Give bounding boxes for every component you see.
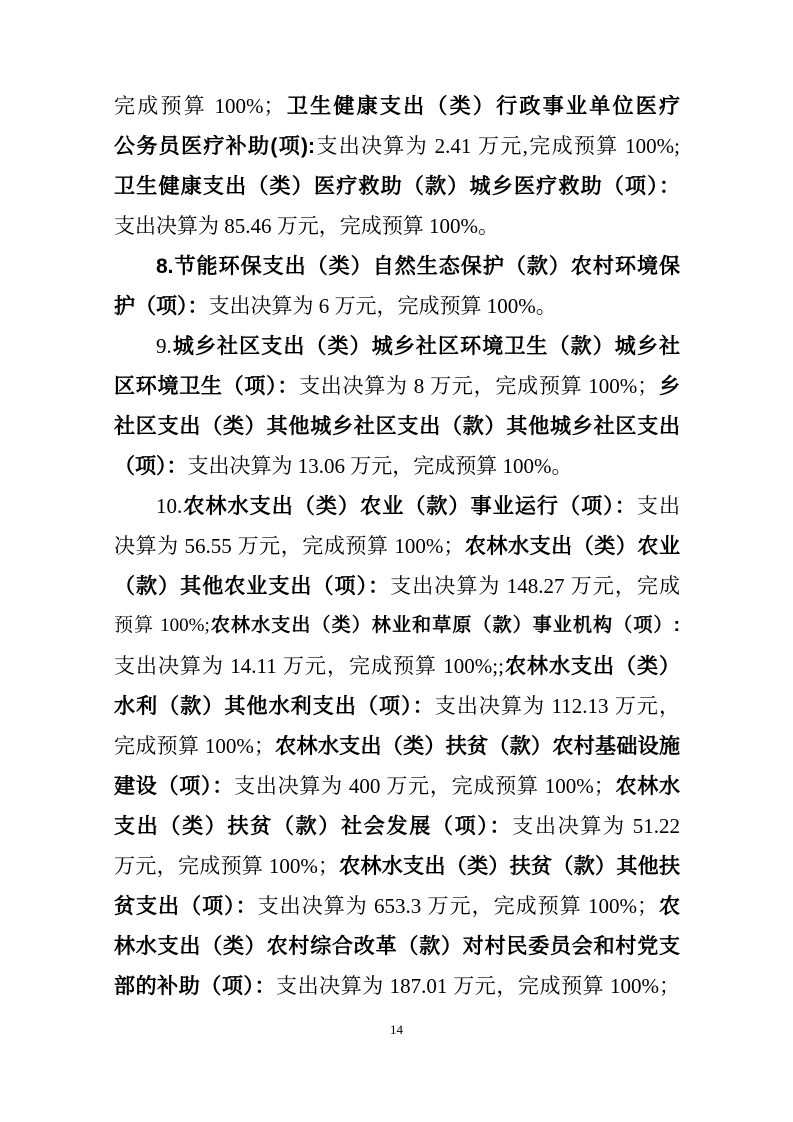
bold-text-segment: 农 bbox=[658, 895, 680, 918]
regular-text-segment: 完成预算 100%； bbox=[114, 734, 275, 758]
bold-text-segment: （款）其他农业支出（项）： bbox=[114, 575, 390, 598]
text-line-14: 预算 100%;农林水支出（类）林业和草原（款）事业机构（项）: bbox=[114, 606, 680, 646]
text-line-7: 9.城乡社区支出（类）城乡社区环境卫生（款）城乡社 bbox=[114, 326, 680, 366]
text-line-15: 支出决算为 14.11 万元，完成预算 100%;;农林水支出（类） bbox=[114, 646, 680, 686]
text-line-9: 社区支出（类）其他城乡社区支出（款）其他城乡社区支出 bbox=[114, 406, 680, 446]
bold-text-segment: 8.节能环保支出（类）自然生态保护（款）农村环境保 bbox=[156, 255, 680, 278]
text-line-6: 护（项）：支出决算为 6 万元，完成预算 100%。 bbox=[114, 286, 680, 326]
regular-text-segment: 10. bbox=[156, 494, 182, 518]
regular-text-segment: 支出决算为 187.01 万元，完成预算 100%； bbox=[276, 974, 680, 998]
bold-text-segment: 贫支出（项）： bbox=[114, 895, 258, 918]
text-line-23: 部的补助（项）：支出决算为 187.01 万元，完成预算 100%； bbox=[114, 966, 680, 1006]
text-line-3: 卫生健康支出（类）医疗救助（款）城乡医疗救助（项）： bbox=[114, 166, 680, 206]
bold-text-segment: 农林水支出（类）扶贫（款）其他扶 bbox=[339, 855, 680, 878]
regular-text-segment: 支出决算为 13.06 万元，完成预算 100%。 bbox=[188, 454, 573, 478]
bold-text-segment: 农林水支出（类）扶贫（款）农村基础设施 bbox=[275, 735, 680, 758]
bold-text-segment: 林水支出（类）农村综合改革（款）对村民委员会和村党支 bbox=[114, 935, 680, 958]
text-line-18: 建设（项）：支出决算为 400 万元，完成预算 100%；农林水 bbox=[114, 766, 680, 806]
regular-text-segment: 支出决算为 112.13 万元， bbox=[435, 694, 680, 718]
regular-text-segment: 支出决算为 51.22 bbox=[512, 814, 680, 838]
bold-text-segment: 乡 bbox=[658, 375, 680, 398]
regular-text-segment: 支出 bbox=[637, 494, 680, 518]
regular-text-segment: 预算 100%; bbox=[114, 615, 210, 636]
page-number: 14 bbox=[0, 1022, 793, 1038]
regular-text-segment: 支出决算为 653.3 万元，完成预算 100%； bbox=[258, 894, 658, 918]
bold-text-segment: 区环境卫生（项）： bbox=[114, 375, 299, 398]
regular-text-segment: 万元，完成预算 100%； bbox=[114, 854, 339, 878]
bold-text-segment: 护（项）： bbox=[114, 295, 209, 318]
bold-text-segment: 社区支出（类）其他城乡社区支出（款）其他城乡社区支出 bbox=[114, 415, 680, 438]
bold-text-segment: 农林水支出（类）农业（款）事业运行（项）： bbox=[182, 495, 637, 518]
regular-text-segment: 支出决算为 8 万元，完成预算 100%； bbox=[299, 374, 658, 398]
text-line-2: 公务员医疗补助(项):支出决算为 2.41 万元,完成预算 100%; bbox=[114, 126, 680, 166]
regular-text-segment: 支出决算为 400 万元，完成预算 100%； bbox=[234, 774, 615, 798]
regular-text-segment: 9. bbox=[156, 334, 172, 358]
text-line-16: 水利（款）其他水利支出（项）：支出决算为 112.13 万元， bbox=[114, 686, 680, 726]
bold-text-segment: 建设（项）： bbox=[114, 775, 234, 798]
bold-text-segment: 部的补助（项）： bbox=[114, 975, 276, 998]
text-line-10: （项）：支出决算为 13.06 万元，完成预算 100%。 bbox=[114, 446, 680, 486]
text-line-4: 支出决算为 85.46 万元，完成预算 100%。 bbox=[114, 206, 680, 246]
text-line-19: 支出（类）扶贫（款）社会发展（项）：支出决算为 51.22 bbox=[114, 806, 680, 846]
text-line-21: 贫支出（项）：支出决算为 653.3 万元，完成预算 100%；农 bbox=[114, 886, 680, 926]
bold-text-segment: 农林水 bbox=[615, 775, 680, 798]
regular-text-segment: 支出决算为 6 万元，完成预算 100%。 bbox=[209, 294, 557, 318]
bold-text-segment: 农林水支出（类）林业和草原（款）事业机构（项）: bbox=[210, 615, 680, 636]
text-line-17: 完成预算 100%；农林水支出（类）扶贫（款）农村基础设施 bbox=[114, 726, 680, 766]
text-line-22: 林水支出（类）农村综合改革（款）对村民委员会和村党支 bbox=[114, 926, 680, 966]
text-line-5: 8.节能环保支出（类）自然生态保护（款）农村环境保 bbox=[114, 246, 680, 286]
bold-text-segment: 公务员医疗补助(项): bbox=[114, 135, 315, 158]
text-line-13: （款）其他农业支出（项）：支出决算为 148.27 万元，完成 bbox=[114, 566, 680, 606]
text-line-12: 决算为 56.55 万元，完成预算 100%；农林水支出（类）农业 bbox=[114, 526, 680, 566]
text-line-11: 10.农林水支出（类）农业（款）事业运行（项）：支出 bbox=[114, 486, 680, 526]
text-line-1: 完成预算 100%；卫生健康支出（类）行政事业单位医疗（款） bbox=[114, 86, 680, 126]
regular-text-segment: 支出决算为 14.11 万元，完成预算 100%;; bbox=[114, 654, 504, 678]
body-text: 完成预算 100%；卫生健康支出（类）行政事业单位医疗（款）公务员医疗补助(项)… bbox=[114, 86, 680, 1006]
text-line-20: 万元，完成预算 100%；农林水支出（类）扶贫（款）其他扶 bbox=[114, 846, 680, 886]
bold-text-segment: 支出（类）扶贫（款）社会发展（项）： bbox=[114, 815, 512, 838]
bold-text-segment: 农林水支出（类） bbox=[504, 655, 680, 678]
regular-text-segment: 完成预算 100%； bbox=[114, 94, 285, 118]
bold-text-segment: 卫生健康支出（类）医疗救助（款）城乡医疗救助（项）： bbox=[114, 175, 680, 198]
regular-text-segment: 支出决算为 2.41 万元,完成预算 100%; bbox=[315, 134, 680, 158]
regular-text-segment: 支出决算为 148.27 万元，完成 bbox=[390, 574, 680, 598]
regular-text-segment: 支出决算为 85.46 万元，完成预算 100%。 bbox=[114, 214, 499, 238]
bold-text-segment: 农林水支出（类）农业 bbox=[464, 535, 680, 558]
bold-text-segment: 城乡社区支出（类）城乡社区环境卫生（款）城乡社 bbox=[172, 335, 680, 358]
bold-text-segment: 水利（款）其他水利支出（项）： bbox=[114, 695, 435, 718]
bold-text-segment: （项）： bbox=[114, 455, 188, 478]
text-line-8: 区环境卫生（项）：支出决算为 8 万元，完成预算 100%；乡 bbox=[114, 366, 680, 406]
regular-text-segment: 决算为 56.55 万元，完成预算 100%； bbox=[114, 534, 464, 558]
document-page: 完成预算 100%；卫生健康支出（类）行政事业单位医疗（款）公务员医疗补助(项)… bbox=[0, 0, 793, 1122]
